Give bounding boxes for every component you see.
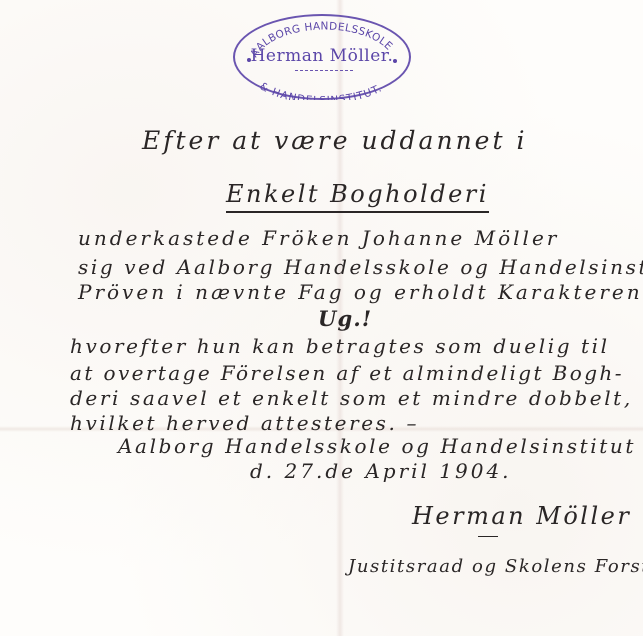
- text-line-1: Efter at være uddannet i: [142, 126, 527, 155]
- text-line-5: Pröven i nævnte Fag og erholdt Karaktere…: [78, 280, 643, 304]
- stamp-divider: [295, 70, 353, 71]
- signature: Herman Möller: [412, 502, 631, 530]
- text-line-7: hvorefter hun kan betragtes som duelig t…: [70, 334, 610, 358]
- grade-text: Ug.!: [318, 306, 372, 331]
- subject-heading-text: Enkelt Bogholderi: [226, 180, 489, 213]
- signature-title: Justitsraad og Skolens Forstander: [348, 556, 643, 577]
- svg-text:& HANDELSINSTITUT.: & HANDELSINSTITUT.: [258, 80, 384, 100]
- text-line-8: at overtage Förelsen af et almindeligt B…: [70, 361, 624, 385]
- text-line-3: underkastede Fröken Johanne Möller: [78, 226, 559, 250]
- stamp-name: Herman Möller.: [235, 46, 409, 66]
- subject-heading: Enkelt Bogholderi: [226, 180, 489, 208]
- school-stamp: AALBORG HANDELSSKOLE & HANDELSINSTITUT. …: [233, 14, 411, 100]
- date-line: d. 27.de April 1904.: [250, 459, 512, 483]
- text-line-10: hvilket herved attesteres. –: [70, 411, 419, 435]
- stamp-bottom-text: & HANDELSINSTITUT.: [258, 80, 384, 100]
- text-line-9: deri saavel et enkelt som et mindre dobb…: [70, 386, 633, 410]
- place-line: Aalborg Handelsskole og Handelsinstitut: [118, 434, 636, 458]
- signature-flourish: [478, 536, 498, 537]
- text-line-4: sig ved Aalborg Handelsskole og Handelsi…: [78, 255, 643, 279]
